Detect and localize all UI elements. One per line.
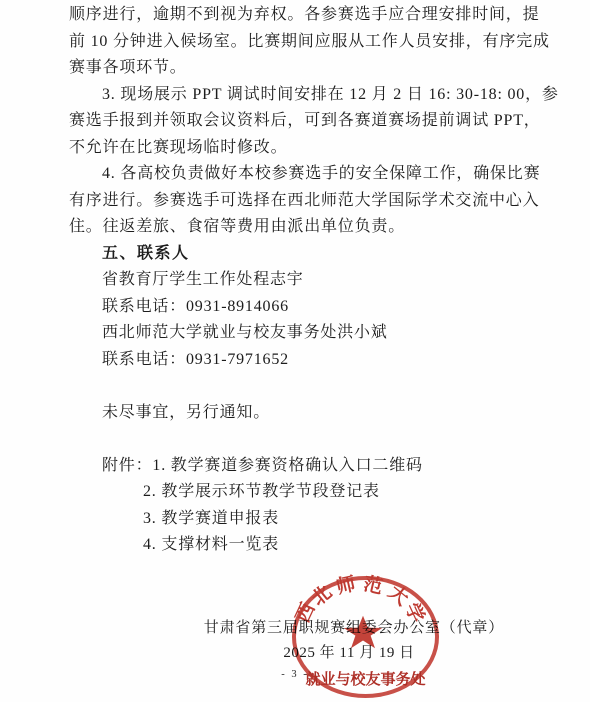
paragraph-line: 4. 各高校负责做好本校参赛选手的安全保障工作，确保比赛 — [69, 161, 525, 188]
notice-line: 未尽事宜，另行通知。 — [69, 400, 525, 427]
attachments-line: 附件：1. 教学赛道参赛资格确认入口二维码 — [69, 453, 525, 480]
seal-arc-text: 范 — [362, 575, 385, 598]
official-seal: 西 北 师 范 大 学 就业与校友事务处 — [292, 576, 439, 698]
signature-organization: 甘肃省第三届职规赛组委会办公室（代章） — [204, 616, 504, 637]
contact-person: 西北师范大学就业与校友事务处洪小斌 — [69, 320, 525, 347]
paragraph-line: 3. 现场展示 PPT 调试时间安排在 12 月 2 日 16: 30-18: … — [69, 82, 525, 109]
paragraph-line: 顺序进行，逾期不到视为弃权。各参赛选手应合理安排时间，提 — [69, 2, 525, 29]
paragraph-line: 住。往返差旅、食宿等费用由派出单位负责。 — [69, 214, 525, 241]
document-body: 顺序进行，逾期不到视为弃权。各参赛选手应合理安排时间，提 前 10 分钟进入候场… — [69, 2, 525, 559]
contact-person: 省教育厅学生工作处程志宇 — [69, 267, 525, 294]
attachment-item: 2. 教学展示环节教学节段登记表 — [69, 479, 525, 506]
paragraph-line: 前 10 分钟进入候场室。比赛期间应服从工作人员安排，有序完成 — [69, 29, 525, 56]
section-heading-contacts: 五、联系人 — [69, 241, 525, 268]
paragraph-line: 有序进行。参赛选手可选择在西北师范大学国际学术交流中心入 — [69, 188, 525, 215]
document-page: 顺序进行，逾期不到视为弃权。各参赛选手应合理安排时间，提 前 10 分钟进入候场… — [0, 0, 590, 702]
blank-line — [69, 373, 525, 400]
seal-bottom-text: 就业与校友事务处 — [292, 668, 439, 689]
paragraph-line: 赛事各项环节。 — [69, 55, 525, 82]
paragraph-line: 不允许在比赛现场临时修改。 — [69, 135, 525, 162]
signature-date: 2025 年 11 月 19 日 — [268, 641, 430, 662]
attachment-item: 4. 支撑材料一览表 — [69, 532, 525, 559]
seal-ring — [292, 576, 439, 698]
page-number: - 3 - — [281, 669, 309, 680]
seal-arc-text: 师 — [335, 575, 358, 598]
attachment-item: 3. 教学赛道申报表 — [69, 506, 525, 533]
seal-arc-text: 北 — [309, 583, 336, 610]
blank-line — [69, 426, 525, 453]
seal-arc-text: 大 — [385, 583, 412, 610]
paragraph-line: 赛选手报到并领取会议资料后，可到各赛道赛场提前调试 PPT， — [69, 108, 525, 135]
contact-phone: 联系电话：0931-8914066 — [69, 294, 525, 321]
contact-phone: 联系电话：0931-7971652 — [69, 347, 525, 374]
